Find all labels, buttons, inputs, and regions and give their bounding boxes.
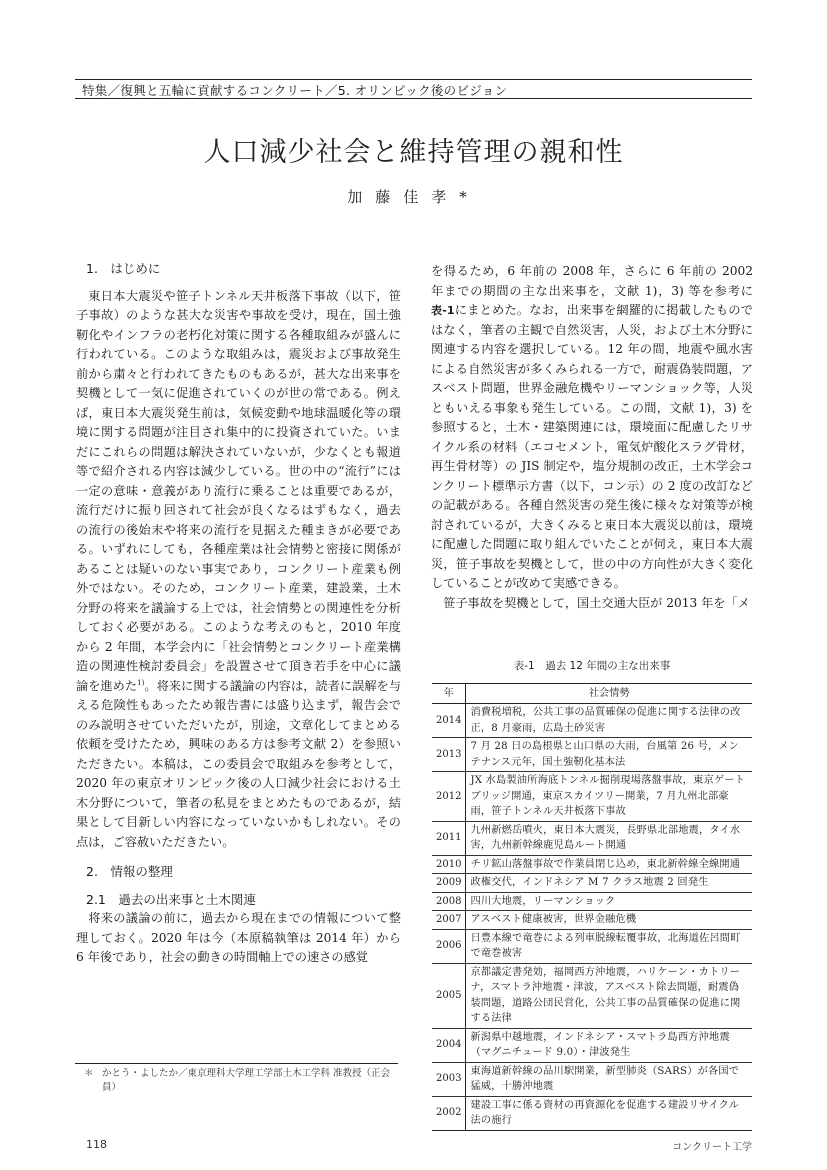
running-head-text: 特集／復興と五輪に貢献するコンクリート／5. オリンピック後のビジョン [82,81,507,99]
row-events: 京都議定書発効，福岡西方沖地震，ハリケーン・カトリーナ，スマトラ沖地震・津波，ア… [466,963,752,1028]
row-events: 政権交代，インドネシア M 7 クラス地震 2 回発生 [466,874,752,893]
footnote-text: かとう・よしたか／東京理科大学理工学部土木工学科 准教授（正会員） [84,1067,394,1095]
table-row: 20137 月 28 日の島根県と山口県の大雨，台風第 26 号，メンテナンス元… [432,738,752,772]
row-year: 2008 [432,892,466,911]
row-events: 九州新燃岳噴火，東日本大震災，長野県北部地震，タイ水害，九州新幹線鹿児島ルート開… [466,821,752,855]
section-1-paragraph: 東日本大震災や笹子トンネル天井板落下事故（以下，笹子事故）のような甚大な災害や事… [76,287,401,853]
running-head: 特集／復興と五輪に貢献するコンクリート／5. オリンピック後のビジョン [75,79,752,99]
row-events: 日豊本線で竜巻による列車脱線転覆事故，北海道佐呂間町で竜巻被害 [466,929,752,963]
row-events: 消費税増税，公共工事の品質確保の促進に関する法律の改正，8 月豪雨，広島土砂災害 [466,704,752,738]
table-row: 2005京都議定書発効，福岡西方沖地震，ハリケーン・カトリーナ，スマトラ沖地震・… [432,963,752,1028]
table-row: 2002建設工事に係る資材の再資源化を促進する建設リサイクル法の施行 [432,1096,752,1130]
section-2-1-heading: 2.1 過去の出来事と土木関連 [86,890,401,910]
table-row: 2004新潟県中越地震，インドネシア・スマトラ島西方沖地震（マグニチュード 9.… [432,1028,752,1062]
row-year: 2014 [432,704,466,738]
header-year: 年 [432,684,466,704]
events-table: 年 社会情勢 2014消費税増税，公共工事の品質確保の促進に関する法律の改正，8… [432,683,752,1131]
table-reference-link[interactable]: 表-1 [431,304,454,317]
row-events: アスベスト健康被害，世界金融危機 [466,911,752,930]
row-events: 東海道新幹線の品川駅開業，新型肺炎（SARS）が各国で猛威，十勝沖地震 [466,1062,752,1096]
table-row: 2003東海道新幹線の品川駅開業，新型肺炎（SARS）が各国で猛威，十勝沖地震 [432,1062,752,1096]
right-paragraph-1: を得るため，6 年前の 2008 年，さらに 6 年前の 2002 年までの期間… [431,262,753,594]
table-row: 2014消費税増税，公共工事の品質確保の促進に関する法律の改正，8 月豪雨，広島… [432,704,752,738]
row-year: 2013 [432,738,466,772]
footnote-asterisk: ＊ [84,1067,94,1081]
row-year: 2002 [432,1096,466,1130]
row-year: 2004 [432,1028,466,1062]
section-2-heading: 2. 情報の整理 [86,862,401,882]
table-row: 2010チリ鉱山落盤事故で作業員閉じ込め，東北新幹線全線開通 [432,855,752,874]
row-year: 2005 [432,963,466,1028]
row-year: 2003 [432,1062,466,1096]
row-year: 2007 [432,911,466,930]
row-year: 2006 [432,929,466,963]
right-column: を得るため，6 年前の 2008 年，さらに 6 年前の 2002 年までの期間… [431,262,753,613]
table-row: 2012JX 水島製油所海底トンネル掘削現場落盤事故，東京ゲートブリッジ開通，東… [432,772,752,822]
row-year: 2011 [432,821,466,855]
section-2-1-paragraph: 将来の議論の前に，過去から現在までの情報について整理しておく。2020 年は今（… [76,909,401,968]
right-paragraph-2: 笹子事故を契機として，国土交通大臣が 2013 年を「メ [431,594,753,614]
row-events: 四川大地震，リーマンショック [466,892,752,911]
row-year: 2010 [432,855,466,874]
table-row: 2011九州新燃岳噴火，東日本大震災，長野県北部地震，タイ水害，九州新幹線鹿児島… [432,821,752,855]
row-events: JX 水島製油所海底トンネル掘削現場落盤事故，東京ゲートブリッジ開通，東京スカイ… [466,772,752,822]
row-events: 7 月 28 日の島根県と山口県の大雨，台風第 26 号，メンテナンス元年，国土… [466,738,752,772]
table-row: 2008四川大地震，リーマンショック [432,892,752,911]
author-footnote: ＊ かとう・よしたか／東京理科大学理工学部土木工学科 准教授（正会員） [84,1067,394,1095]
table-row: 2009政権交代，インドネシア M 7 クラス地震 2 回発生 [432,874,752,893]
row-year: 2009 [432,874,466,893]
row-events: 新潟県中越地震，インドネシア・スマトラ島西方沖地震（マグニチュード 9.0）・津… [466,1028,752,1062]
section-1-heading: 1. はじめに [86,259,401,279]
left-column: 1. はじめに 東日本大震災や笹子トンネル天井板落下事故（以下，笹子事故）のよう… [76,259,401,968]
article-title: 人口減少社会と維持管理の親和性 [0,130,827,169]
header-events: 社会情勢 [466,684,752,704]
row-events: 建設工事に係る資材の再資源化を促進する建設リサイクル法の施行 [466,1096,752,1130]
page-number: 118 [86,1138,107,1151]
table-row: 2007アスベスト健康被害，世界金融危機 [432,911,752,930]
table-caption: 表-1 過去 12 年間の主な出来事 [431,658,753,673]
footnote-divider [75,1063,398,1064]
row-events: チリ鉱山落盤事故で作業員閉じ込め，東北新幹線全線開通 [466,855,752,874]
table-row: 2006日豊本線で竜巻による列車脱線転覆事故，北海道佐呂間町で竜巻被害 [432,929,752,963]
article-author: 加藤佳孝* [0,186,827,207]
table-header-row: 年 社会情勢 [432,684,752,704]
row-year: 2012 [432,772,466,822]
journal-name: コンクリート工学 [672,1138,752,1153]
